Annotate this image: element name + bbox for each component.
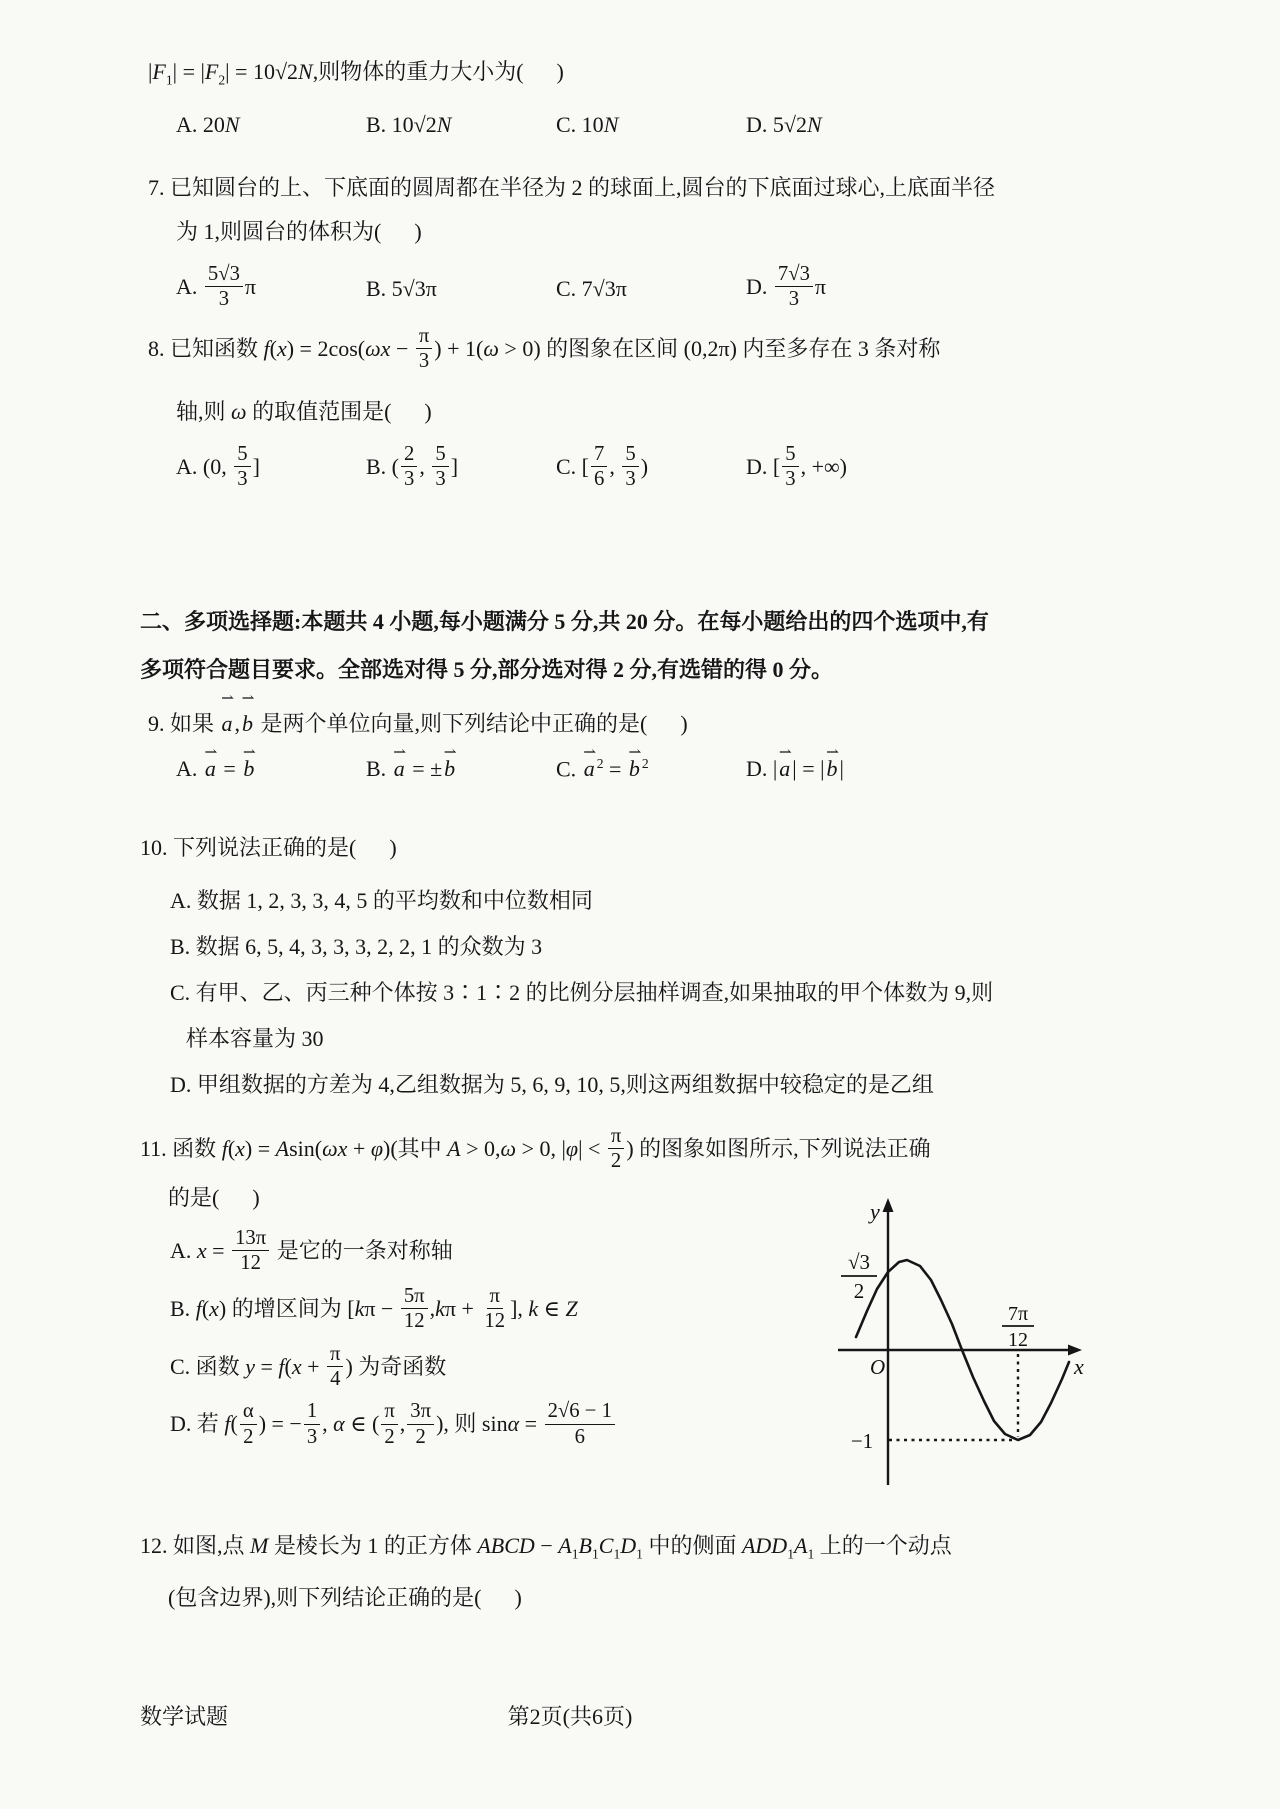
q11-stem-line-1: 11. 函数 f(x) = Asin(ωx + φ)(其中 A > 0,ω > … <box>140 1126 1152 1176</box>
q6-stem-line: |F1| = |F2| = 10√2N,则物体的重力大小为( ) <box>148 50 1160 102</box>
y-axis-arrow-icon <box>883 1198 894 1212</box>
q7-stem-line-1: 7. 已知圆台的上、下底面的圆周都在半径为 2 的球面上,圆台的下底面过球心,上… <box>148 166 1160 210</box>
q10-option-c-line-1: C. 有甲、乙、丙三种个体按 3∶1∶2 的比例分层抽样调查,如果抽取的甲个体数… <box>140 970 1152 1016</box>
q8-option-d: D. [53, +∞) <box>746 444 847 494</box>
q6-option-b: B. 10√2N <box>366 112 556 138</box>
q12-stem-line-2: (包含边界),则下列结论正确的是( ) <box>140 1576 1152 1620</box>
graph-y-value-denominator: 2 <box>854 1279 865 1303</box>
exam-page: |F1| = |F2| = 10√2N,则物体的重力大小为( ) A. 20N … <box>0 0 1280 1809</box>
q9-options-row: A. a = b B. a = ±b C. a2 = b2 D. |a| = |… <box>148 756 1160 782</box>
q6-option-c: C. 10N <box>556 112 746 138</box>
section-2-line-1: 二、多项选择题:本题共 4 小题,每小题满分 5 分,共 20 分。在每小题给出… <box>140 598 1152 646</box>
q9-stem-line: 9. 如果 a,b 是两个单位向量,则下列结论中正确的是( ) <box>148 702 1160 746</box>
graph-origin-label: O <box>870 1355 885 1379</box>
q8-stem-line-2: 轴,则 ω 的取值范围是( ) <box>148 390 1160 434</box>
q7-option-b: B. 5√3π <box>366 276 556 302</box>
q11-sine-graph: √3 2 7π 12 y x O −1 <box>826 1192 1098 1500</box>
q9-option-d: D. |a| = |b| <box>746 756 844 782</box>
graph-y-axis-label: y <box>868 1199 880 1224</box>
graph-y-value-numerator: √3 <box>848 1250 870 1274</box>
question-8: 8. 已知函数 f(x) = 2cos(ωx − π3) + 1(ω > 0) … <box>148 326 1160 494</box>
question-9: 9. 如果 a,b 是两个单位向量,则下列结论中正确的是( ) A. a = b… <box>148 702 1160 782</box>
q9-option-a: A. a = b <box>176 756 366 782</box>
q7-option-d: D. 7√33π <box>746 264 826 314</box>
q12-stem-line-1: 12. 如图,点 M 是棱长为 1 的正方体 ABCD − A1B1C1D1 中… <box>140 1524 1152 1576</box>
question-7: 7. 已知圆台的上、下底面的圆周都在半径为 2 的球面上,圆台的下底面过球心,上… <box>148 166 1160 314</box>
q7-options-row: A. 5√33π B. 5√3π C. 7√3π D. 7√33π <box>148 264 1160 314</box>
q6-option-d: D. 5√2N <box>746 112 822 138</box>
graph-x-axis-label: x <box>1073 1354 1084 1379</box>
q10-option-a: A. 数据 1, 2, 3, 3, 4, 5 的平均数和中位数相同 <box>140 878 1152 924</box>
q9-option-c: C. a2 = b2 <box>556 756 746 782</box>
footer-subject-label: 数学试题 <box>140 1702 228 1732</box>
q8-option-c: C. [76, 53) <box>556 444 746 494</box>
q9-option-b: B. a = ±b <box>366 756 556 782</box>
q7-option-c: C. 7√3π <box>556 276 746 302</box>
question-10: 10. 下列说法正确的是( ) A. 数据 1, 2, 3, 3, 4, 5 的… <box>140 826 1152 1108</box>
graph-min-y-label: −1 <box>851 1429 873 1453</box>
q8-option-b: B. (23, 53] <box>366 444 556 494</box>
q10-option-c-line-2: 样本容量为 30 <box>140 1016 1152 1062</box>
question-12: 12. 如图,点 M 是棱长为 1 的正方体 ABCD − A1B1C1D1 中… <box>140 1524 1152 1620</box>
q7-option-a: A. 5√33π <box>176 264 366 314</box>
q8-option-a: A. (0, 53] <box>176 444 366 494</box>
q6-options-row: A. 20N B. 10√2N C. 10N D. 5√2N <box>148 112 1160 138</box>
q8-stem-line-1: 8. 已知函数 f(x) = 2cos(ωx − π3) + 1(ω > 0) … <box>148 326 1160 376</box>
q10-option-d: D. 甲组数据的方差为 4,乙组数据为 5, 6, 9, 10, 5,则这两组数… <box>140 1062 1152 1108</box>
section-2-line-2: 多项符合题目要求。全部选对得 5 分,部分选对得 2 分,有选错的得 0 分。 <box>140 646 1152 694</box>
q10-option-b: B. 数据 6, 5, 4, 3, 3, 3, 2, 2, 1 的众数为 3 <box>140 924 1152 970</box>
section-2-header: 二、多项选择题:本题共 4 小题,每小题满分 5 分,共 20 分。在每小题给出… <box>140 598 1152 694</box>
q8-options-row: A. (0, 53] B. (23, 53] C. [76, 53) D. [5… <box>148 444 1160 494</box>
graph-min-x-denominator: 12 <box>1008 1329 1028 1351</box>
footer-page-number: 第2页(共6页) <box>450 1702 690 1732</box>
q10-stem-line: 10. 下列说法正确的是( ) <box>140 826 1152 870</box>
q6-option-a: A. 20N <box>176 112 366 138</box>
graph-min-x-numerator: 7π <box>1008 1303 1028 1325</box>
question-6-continuation: |F1| = |F2| = 10√2N,则物体的重力大小为( ) A. 20N … <box>148 50 1160 138</box>
q7-stem-line-2: 为 1,则圆台的体积为( ) <box>148 210 1160 254</box>
